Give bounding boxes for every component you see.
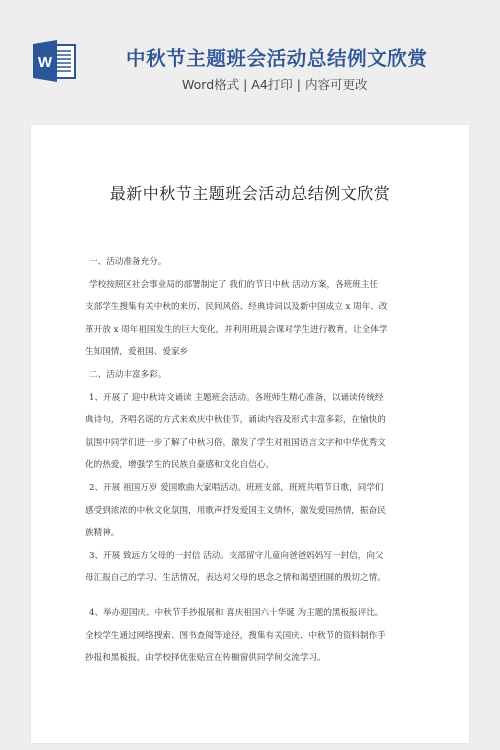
document-body: 一、活动准备充分。 学校按照区社会事业局的部署制定了 我们的节日中秋 活动方案，… <box>85 251 415 670</box>
document-title: 最新中秋节主题班会活动总结例文欣赏 <box>31 181 469 204</box>
header-subtitle: Word格式 | A4打印 | 内容可更改 <box>182 75 367 93</box>
paragraph-line: 全校学生通过网络搜索、图书查阅等途径，搜集有关国庆、中秋节的资料制作手 <box>85 625 415 648</box>
paragraph-line: 2、开展 祖国万岁 爱国歌曲大家唱活动。班班支部，班班共唱节日歌，同学们 <box>85 477 415 500</box>
paragraph-line: 3、开展 致远方父母的一封信 活动。支部留守儿童向爸爸妈妈写一封信，向父 <box>85 545 415 568</box>
paragraph-line: 氛围中同学们进一步了解了中秋习俗，激发了学生对祖国语言文字和中华优秀文 <box>85 432 415 455</box>
header-banner: W 中秋节主题班会活动总结例文欣赏 Word格式 | A4打印 | 内容可更改 <box>0 0 500 125</box>
svg-text:W: W <box>38 54 53 71</box>
section-heading: 一、活动准备充分。 <box>85 251 415 274</box>
paragraph-line: 学校按照区社会事业局的部署制定了 我们的节日中秋 活动方案，各班班主任 <box>85 274 415 297</box>
paragraph-line: 革开放 x 周年祖国发生的巨大变化，并利用班晨会课对学生进行教育，让全体学 <box>85 319 415 342</box>
paragraph-line: 化的热爱，增强学生的民族自豪感和文化自信心。 <box>85 454 415 477</box>
paragraph-line: 4、举办迎国庆、中秋节手抄报展和 喜庆祖国六十华诞 为主题的黑板报评比。 <box>85 602 415 625</box>
document-page: 最新中秋节主题班会活动总结例文欣赏 一、活动准备充分。 学校按照区社会事业局的部… <box>31 125 469 743</box>
header-title: 中秋节主题班会活动总结例文欣赏 <box>126 43 428 71</box>
paragraph-line: 母汇报自己的学习、生活情况，表达对父母的思念之情和渴望团圆的殷切之情。 <box>85 567 415 590</box>
paragraph-line: 1、开展了 迎中秋诗文诵读 主题班会活动。各班师生精心准备，以诵读传统经 <box>85 387 415 410</box>
paragraph-line: 抄报和黑板报，由学校择优张贴宣在传橱窗供同学间交流学习。 <box>85 647 415 670</box>
word-document-icon: W <box>31 40 77 82</box>
paragraph-line: 支部学生搜集有关中秋的来历、民间风俗、经典诗词以及新中国成立 x 周年、改 <box>85 296 415 319</box>
paragraph-line: 族精神。 <box>85 522 415 545</box>
paragraph-line: 生知国情，爱祖国、爱家乡 <box>85 341 415 364</box>
paragraph-line: 感受到浓浓的中秋文化氛围，用歌声抒发爱国主义情怀，激发爱国热情，振奋民 <box>85 500 415 523</box>
section-heading: 二、活动丰富多彩。 <box>85 364 415 387</box>
paragraph-line: 典诗句，齐唱名谣的方式来欢庆中秋佳节，诵读内容及形式丰富多彩，在愉快的 <box>85 409 415 432</box>
paragraph-gap <box>85 590 415 602</box>
